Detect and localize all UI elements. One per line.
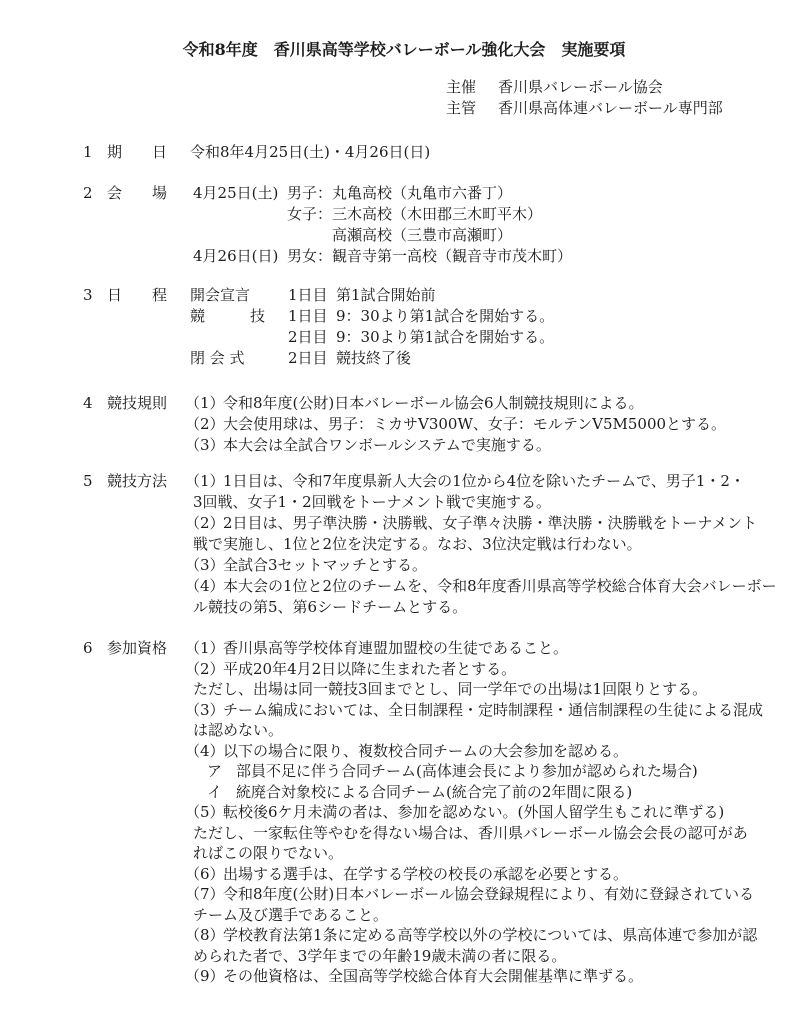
schedule-label — [185, 327, 288, 348]
method-item: （2） 2日目は、男子準決勝・決勝戦、女子準々決勝・準決勝・決勝戦をトーナメント — [185, 513, 808, 534]
venue-date: 4月25日(土) — [185, 183, 287, 204]
section-number: 1 — [83, 142, 107, 163]
method-item: （4） 本大会の1位と2位のチームを、令和8年度香川県高等学校総合体育大会バレー… — [185, 576, 808, 597]
section-heading: 期 日 — [107, 142, 185, 163]
method-item-continuation: 戦で実施し、1位と2位を決定する。なお、3位決定戦は行わない。 — [185, 534, 808, 555]
item-text: その他資格は、全国高等学校総合体育大会開催基準に準ずる。 — [223, 966, 643, 987]
venue-date — [185, 225, 287, 246]
method-item: （3） 全試合3セットマッチとする。 — [185, 555, 808, 576]
schedule-desc: 第1試合開始前 — [336, 285, 436, 306]
section-period: 1 期 日 令和8年4月25日(土)・4月26日(日) — [0, 142, 808, 163]
method-item-continuation: ル競技の第5、第6シードチームとする。 — [185, 597, 808, 618]
item-text: 全試合3セットマッチとする。 — [223, 555, 427, 576]
organizer-label: 主催 — [446, 77, 498, 98]
schedule-desc: 9：30より第1試合を開始する。 — [336, 327, 554, 348]
venue-entry: 男子：丸亀高校（丸亀市六番丁） — [287, 183, 512, 204]
item-text: 以下の場合に限り、複数校合同チームの大会参加を認める。 — [223, 741, 628, 762]
schedule-label: 競 技 — [185, 306, 288, 327]
document-page: 令和8年度 香川県高等学校バレーボール強化大会 実施要項 主催 香川県バレーボー… — [0, 0, 808, 1024]
item-text: 学校教育法第1条に定める高等学校以外の学校については、県高体連で参加が認 — [223, 925, 757, 946]
document-title: 令和8年度 香川県高等学校バレーボール強化大会 実施要項 — [0, 38, 808, 62]
schedule-row: 競 技 1日目 9：30より第1試合を開始する。 — [185, 306, 808, 327]
item-text: 転校後6ケ月未満の者は、参加を認めない。(外国人留学生もこれに準ずる) — [223, 802, 724, 823]
item-marker: （2） — [185, 513, 223, 534]
administrator-label: 主管 — [446, 98, 498, 119]
section-content: （1） 香川県高等学校体育連盟加盟校の生徒であること。 （2） 平成20年4月2… — [185, 638, 808, 987]
item-marker: （3） — [185, 700, 223, 721]
administrator-value: 香川県高体連バレーボール専門部 — [498, 98, 723, 119]
sub-marker: イ — [207, 782, 236, 803]
item-marker: （2） — [185, 659, 223, 680]
section-number: 6 — [83, 638, 107, 659]
venue-row: 女子：三木高校（木田郡三木町平木） — [185, 204, 808, 225]
eligibility-item-continuation: チーム及び選手であること。 — [185, 905, 808, 926]
item-marker: （1） — [185, 471, 223, 492]
schedule-day: 2日目 — [288, 348, 336, 369]
section-heading: 参加資格 — [107, 638, 185, 659]
section-number: 2 — [83, 183, 107, 204]
item-marker: （9） — [185, 966, 223, 987]
item-marker: （4） — [185, 576, 223, 597]
schedule-row: 閉 会 式 2日目 競技終了後 — [185, 348, 808, 369]
item-marker: （6） — [185, 864, 223, 885]
eligibility-item-continuation: められた者で、3学年までの年齢19歳未満の者に限る。 — [185, 946, 808, 967]
method-item: （1） 1日目は、令和7年度県新人大会の1位から4位を除いたチームで、男子1・2… — [185, 471, 808, 492]
venue-entry: 男女：観音寺第一高校（観音寺市茂木町） — [287, 246, 572, 267]
eligibility-item: （3） チーム編成においては、全日制課程・定時制課程・通信制課程の生徒による混成 — [185, 700, 808, 721]
schedule-label: 閉 会 式 — [185, 348, 288, 369]
schedule-label: 開会宣言 — [185, 285, 288, 306]
item-marker: （5） — [185, 802, 223, 823]
venue-row: 高瀬高校（三豊市高瀬町） — [185, 225, 808, 246]
hosts-block: 主催 香川県バレーボール協会 主管 香川県高体連バレーボール専門部 — [0, 77, 808, 119]
schedule-day: 1日目 — [288, 285, 336, 306]
eligibility-subitem: ア 部員不足に伴う合同チーム(高体連会長により参加が認められた場合) — [185, 761, 808, 782]
schedule-day: 2日目 — [288, 327, 336, 348]
item-text: 出場する選手は、在学する学校の校長の承認を必要とする。 — [223, 864, 628, 885]
section-heading: 競技方法 — [107, 471, 185, 492]
item-marker: （3） — [185, 555, 223, 576]
schedule-row: 開会宣言 1日目 第1試合開始前 — [185, 285, 808, 306]
section-rules: 4 競技規則 （1） 令和8年度(公財)日本バレーボール協会6人制競技規則による… — [0, 393, 808, 456]
rule-item: （2） 大会使用球は、男子：ミカサV300W、女子：モルテンV5M5000とする… — [185, 414, 808, 435]
eligibility-item: （5） 転校後6ケ月未満の者は、参加を認めない。(外国人留学生もこれに準ずる) — [185, 802, 808, 823]
section-number: 5 — [83, 471, 107, 492]
item-marker: （2） — [185, 414, 223, 435]
item-marker: （3） — [185, 435, 223, 456]
section-schedule: 3 日 程 開会宣言 1日目 第1試合開始前 競 技 1日目 9：30より第1試… — [0, 285, 808, 369]
rule-item: （3） 本大会は全試合ワンボールシステムで実施する。 — [185, 435, 808, 456]
item-text: 本大会は全試合ワンボールシステムで実施する。 — [223, 435, 551, 456]
organizer-value: 香川県バレーボール協会 — [498, 77, 663, 98]
eligibility-item: （9） その他資格は、全国高等学校総合体育大会開催基準に準ずる。 — [185, 966, 808, 987]
item-marker: （1） — [185, 393, 223, 414]
schedule-row: 2日目 9：30より第1試合を開始する。 — [185, 327, 808, 348]
eligibility-item: （8） 学校教育法第1条に定める高等学校以外の学校については、県高体連で参加が認 — [185, 925, 808, 946]
eligibility-item-continuation: は認めない。 — [185, 720, 808, 741]
section-content: 4月25日(土) 男子：丸亀高校（丸亀市六番丁） 女子：三木高校（木田郡三木町平… — [185, 183, 808, 267]
period-text: 令和8年4月25日(土)・4月26日(日) — [185, 142, 808, 163]
schedule-day: 1日目 — [288, 306, 336, 327]
item-text: 令和8年度(公財)日本バレーボール協会登録規程により、有効に登録されている — [223, 884, 754, 905]
section-heading: 競技規則 — [107, 393, 185, 414]
rule-item: （1） 令和8年度(公財)日本バレーボール協会6人制競技規則による。 — [185, 393, 808, 414]
venue-entry: 女子：三木高校（木田郡三木町平木） — [287, 204, 542, 225]
schedule-desc: 競技終了後 — [336, 348, 411, 369]
section-content: 令和8年4月25日(土)・4月26日(日) — [185, 142, 808, 163]
eligibility-item-continuation: ただし、一家転住等やむを得ない場合は、香川県バレーボール協会会長の認可があ — [185, 823, 808, 844]
section-heading: 会 場 — [107, 183, 185, 204]
sub-text: 統廃合対象校による合同チーム(統合完了前の2年間に限る) — [236, 782, 632, 803]
eligibility-subitem: イ 統廃合対象校による合同チーム(統合完了前の2年間に限る) — [185, 782, 808, 803]
method-item-continuation: 3回戦、女子1・2回戦をトーナメント戦で実施する。 — [185, 492, 808, 513]
section-number: 4 — [83, 393, 107, 414]
section-heading: 日 程 — [107, 285, 185, 306]
item-text: 1日目は、令和7年度県新人大会の1位から4位を除いたチームで、男子1・2・ — [223, 471, 745, 492]
venue-date: 4月26日(日) — [185, 246, 287, 267]
item-text: 本大会の1位と2位のチームを、令和8年度香川県高等学校総合体育大会バレーボー — [223, 576, 777, 597]
item-text: チーム編成においては、全日制課程・定時制課程・通信制課程の生徒による混成 — [223, 700, 763, 721]
sub-marker: ア — [207, 761, 236, 782]
item-marker: （8） — [185, 925, 223, 946]
eligibility-item: （2） 平成20年4月2日以降に生まれた者とする。 — [185, 659, 808, 680]
section-eligibility: 6 参加資格 （1） 香川県高等学校体育連盟加盟校の生徒であること。 （2） 平… — [0, 638, 808, 987]
item-marker: （1） — [185, 638, 223, 659]
eligibility-item-continuation: ればこの限りでない。 — [185, 843, 808, 864]
item-text: 令和8年度(公財)日本バレーボール協会6人制競技規則による。 — [223, 393, 644, 414]
item-text: 香川県高等学校体育連盟加盟校の生徒であること。 — [223, 638, 568, 659]
venue-entry: 高瀬高校（三豊市高瀬町） — [287, 225, 512, 246]
section-content: （1） 1日目は、令和7年度県新人大会の1位から4位を除いたチームで、男子1・2… — [185, 471, 808, 618]
section-venue: 2 会 場 4月25日(土) 男子：丸亀高校（丸亀市六番丁） 女子：三木高校（木… — [0, 183, 808, 267]
section-number: 3 — [83, 285, 107, 306]
section-content: （1） 令和8年度(公財)日本バレーボール協会6人制競技規則による。 （2） 大… — [185, 393, 808, 456]
item-marker: （4） — [185, 741, 223, 762]
sub-text: 部員不足に伴う合同チーム(高体連会長により参加が認められた場合) — [236, 761, 698, 782]
eligibility-item: （1） 香川県高等学校体育連盟加盟校の生徒であること。 — [185, 638, 808, 659]
venue-date — [185, 204, 287, 225]
section-content: 開会宣言 1日目 第1試合開始前 競 技 1日目 9：30より第1試合を開始する… — [185, 285, 808, 369]
eligibility-item-continuation: ただし、出場は同一競技3回までとし、同一学年での出場は1回限りとする。 — [185, 679, 808, 700]
eligibility-item: （4） 以下の場合に限り、複数校合同チームの大会参加を認める。 — [185, 741, 808, 762]
venue-row: 4月25日(土) 男子：丸亀高校（丸亀市六番丁） — [185, 183, 808, 204]
host-row-administrator: 主管 香川県高体連バレーボール専門部 — [446, 98, 808, 119]
item-text: 2日目は、男子準決勝・決勝戦、女子準々決勝・準決勝・決勝戦をトーナメント — [223, 513, 757, 534]
schedule-desc: 9：30より第1試合を開始する。 — [336, 306, 554, 327]
item-text: 平成20年4月2日以降に生まれた者とする。 — [223, 659, 516, 680]
item-text: 大会使用球は、男子：ミカサV300W、女子：モルテンV5M5000とする。 — [223, 414, 726, 435]
item-marker: （7） — [185, 884, 223, 905]
section-method: 5 競技方法 （1） 1日目は、令和7年度県新人大会の1位から4位を除いたチーム… — [0, 471, 808, 618]
venue-row: 4月26日(日) 男女：観音寺第一高校（観音寺市茂木町） — [185, 246, 808, 267]
eligibility-item: （7） 令和8年度(公財)日本バレーボール協会登録規程により、有効に登録されてい… — [185, 884, 808, 905]
eligibility-item: （6） 出場する選手は、在学する学校の校長の承認を必要とする。 — [185, 864, 808, 885]
host-row-organizer: 主催 香川県バレーボール協会 — [446, 77, 808, 98]
